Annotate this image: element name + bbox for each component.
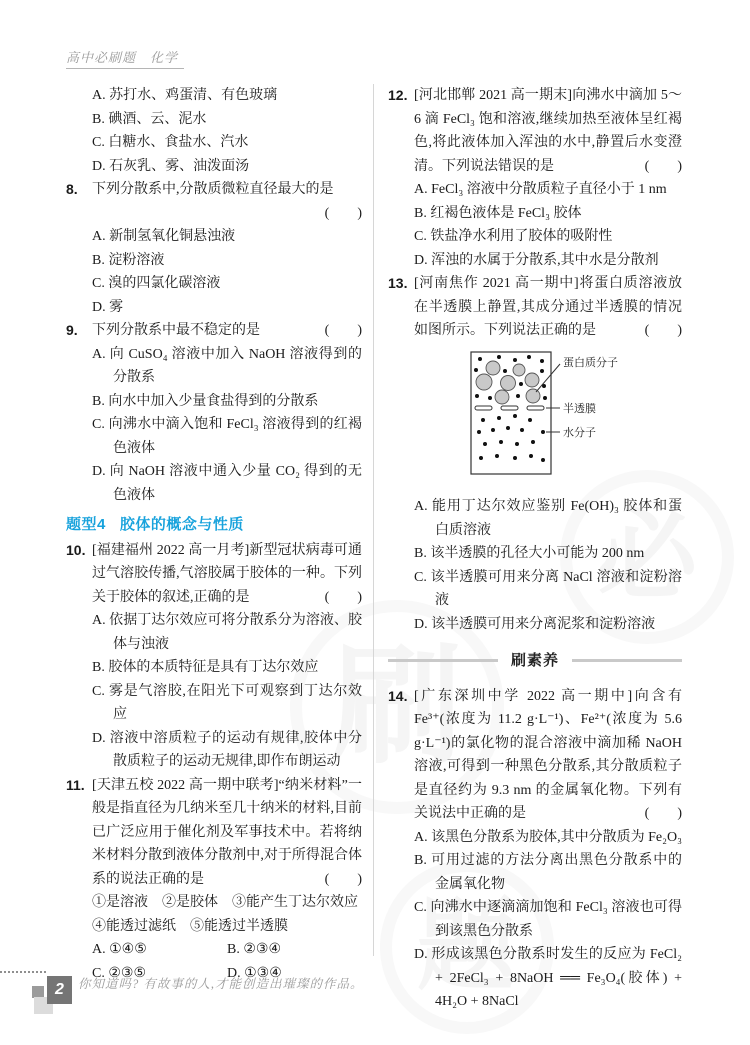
option-d: D. 溶液中溶质粒子的运动有规律,胶体中分散质粒子的运动无规律,即作布朗运动 <box>92 727 362 774</box>
question-number: 13. <box>388 272 407 296</box>
option-a: A. 该黑色分散系为胶体,其中分散质为 Fe₂O₃ <box>414 826 682 850</box>
column-divider <box>373 84 374 956</box>
option-b: B. 淀粉溶液 <box>92 249 362 273</box>
option-a: A. 依据丁达尔效应可将分散系分为溶液、胶体与浊液 <box>92 609 362 656</box>
stem-text: [天津五校 2022 高一期中联考]“纳米材料”一般是指直径为几纳米至几十纳米的… <box>92 778 362 887</box>
question-number: 8. <box>66 178 78 202</box>
footer-dotted-line <box>0 971 46 973</box>
option-b: B. 胶体的本质特征是具有丁达尔效应 <box>92 656 362 680</box>
option-c: C. 白糖水、食盐水、汽水 <box>92 131 362 155</box>
question-stem: [河南焦作 2021 高一期中]将蛋白质溶液放在半透膜上静置,其成分通过半透膜的… <box>414 272 682 343</box>
water-label: 水分子 <box>563 425 596 439</box>
divider-line <box>572 659 682 662</box>
numbered-statements-line2: ④能透过滤纸 ⑤能透过半透膜 <box>92 915 362 939</box>
option-a: A. 新制氢氧化铜悬浊液 <box>92 225 362 249</box>
option-b: B. 该半透膜的孔径大小可能为 200 nm <box>414 542 682 566</box>
running-head: 高中必刷题 化学 <box>66 50 184 69</box>
stem-text: [福建福州 2022 高一月考]新型冠状病毒可通过气溶胶传播,气溶胶属于胶体的一… <box>92 543 362 605</box>
option-d: D. 雾 <box>92 296 362 320</box>
stem-text: [河北邯郸 2021 高一期末]向沸水中滴加 5～6 滴 FeCl₃ 饱和溶液,… <box>414 88 682 174</box>
option-b: B. ②③④ <box>227 938 362 962</box>
question-number: 14. <box>388 685 407 709</box>
question-10: 10. [福建福州 2022 高一月考]新型冠状病毒可通过气溶胶传播,气溶胶属于… <box>66 539 362 774</box>
stem-text: [广东深圳中学 2022 高一期中]向含有 Fe³⁺(浓度为 11.2 g·L⁻… <box>414 689 682 822</box>
section-divider-suyang: 刷素养 <box>388 649 682 673</box>
question-number: 9. <box>66 319 78 343</box>
stem-text: [河南焦作 2021 高一期中]将蛋白质溶液放在半透膜上静置,其成分通过半透膜的… <box>414 276 682 338</box>
question-stem: 下列分散系中,分散质微粒直径最大的是( ) <box>92 178 362 225</box>
stem-text: 下列分散系中,分散质微粒直径最大的是 <box>92 182 334 197</box>
question-stem: [福建福州 2022 高一月考]新型冠状病毒可通过气溶胶传播,气溶胶属于胶体的一… <box>92 539 362 610</box>
option-c: C. 该半透膜可用来分离 NaCl 溶液和淀粉溶液 <box>414 566 682 613</box>
question-11: 11. [天津五校 2022 高一期中联考]“纳米材料”一般是指直径为几纳米至几… <box>66 774 362 986</box>
section-title: 胶体的概念与性质 <box>120 516 244 533</box>
membrane-slits <box>475 406 544 410</box>
page-number: 2 <box>55 978 64 1002</box>
option-b: B. 红褐色液体是 FeCl₃ 胶体 <box>414 202 682 226</box>
option-c: C. 向沸水中逐滴滴加饱和 FeCl₃ 溶液也可得到该黑色分散系 <box>414 896 682 943</box>
option-d: D. 向 NaOH 溶液中通入少量 CO₂ 得到的无色液体 <box>92 460 362 507</box>
membrane-label: 半透膜 <box>563 401 596 415</box>
question-number: 10. <box>66 539 85 563</box>
water-molecules <box>477 414 545 462</box>
left-column: A. 苏打水、鸡蛋清、有色玻璃 B. 碘酒、云、泥水 C. 白糖水、食盐水、汽水… <box>66 84 362 985</box>
option-a: A. 苏打水、鸡蛋清、有色玻璃 <box>92 84 362 108</box>
question-stem: 下列分散系中最不稳定的是( ) <box>92 319 362 343</box>
protein-label: 蛋白质分子 <box>563 355 618 369</box>
option-d: D. 石灰乳、雾、油泼面汤 <box>92 155 362 179</box>
page-number-badge: 2 <box>47 976 72 1004</box>
question-12: 12. [河北邯郸 2021 高一期末]向沸水中滴加 5～6 滴 FeCl₃ 饱… <box>388 84 682 272</box>
option-a: A. 向 CuSO₄ 溶液中加入 NaOH 溶液得到的分散系 <box>92 343 362 390</box>
workbook-page: { "header": { "title": "高中必刷题 化学" }, "wa… <box>0 0 750 1045</box>
question-number: 12. <box>388 84 407 108</box>
question-8: 8. 下列分散系中,分散质微粒直径最大的是( ) A. 新制氢氧化铜悬浊液 B.… <box>66 178 362 319</box>
stem-text: 下列分散系中最不稳定的是 <box>92 323 260 338</box>
answer-bracket: ( ) <box>645 802 682 826</box>
question-13: 13. [河南焦作 2021 高一期中]将蛋白质溶液放在半透膜上静置,其成分通过… <box>388 272 682 636</box>
option-c: C. 溴的四氯化碳溶液 <box>92 272 362 296</box>
answer-bracket: ( ) <box>325 319 362 343</box>
question-9: 9. 下列分散系中最不稳定的是( ) A. 向 CuSO₄ 溶液中加入 NaOH… <box>66 319 362 507</box>
question-7-options: A. 苏打水、鸡蛋清、有色玻璃 B. 碘酒、云、泥水 C. 白糖水、食盐水、汽水… <box>66 84 362 178</box>
option-c: C. 雾是气溶胶,在阳光下可观察到丁达尔效应 <box>92 680 362 727</box>
section-label: 题型4 <box>66 516 106 533</box>
option-d: D. 该半透膜可用来分离泥浆和淀粉溶液 <box>414 613 682 637</box>
question-stem: [广东深圳中学 2022 高一期中]向含有 Fe³⁺(浓度为 11.2 g·L⁻… <box>414 685 682 826</box>
option-a: A. ①④⑤ <box>92 938 227 962</box>
right-column: 12. [河北邯郸 2021 高一期末]向沸水中滴加 5～6 滴 FeCl₃ 饱… <box>388 84 682 1014</box>
divider-line <box>388 659 498 662</box>
option-b: B. 向水中加入少量食盐得到的分散系 <box>92 390 362 414</box>
footer-quote: 你知道吗? 有故事的人,才能创造出璀璨的作品。 <box>78 973 364 997</box>
answer-bracket: ( ) <box>325 868 362 892</box>
answer-bracket: ( ) <box>325 586 362 610</box>
answer-bracket: ( ) <box>645 319 682 343</box>
option-a: A. 能用丁达尔效应鉴别 Fe(OH)₃ 胶体和蛋白质溶液 <box>414 495 682 542</box>
option-d: D. 形成该黑色分散系时发生的反应为 FeCl₂ + 2FeCl₃ + 8NaO… <box>414 943 682 1014</box>
option-c: C. 铁盐净水利用了胶体的吸附性 <box>414 225 682 249</box>
answer-bracket: ( ) <box>645 155 682 179</box>
option-d: D. 浑浊的水属于分散系,其中水是分散剂 <box>414 249 682 273</box>
option-b: B. 碘酒、云、泥水 <box>92 108 362 132</box>
answer-bracket: ( ) <box>325 202 362 226</box>
question-stem: [河北邯郸 2021 高一期末]向沸水中滴加 5～6 滴 FeCl₃ 饱和溶液,… <box>414 84 682 178</box>
divider-label: 刷素养 <box>511 649 559 673</box>
numbered-statements-line1: ①是溶液 ②是胶体 ③能产生丁达尔效应 <box>92 891 362 915</box>
option-a: A. FeCl₃ 溶液中分散质粒子直径小于 1 nm <box>414 178 682 202</box>
section-heading-type4: 题型4胶体的概念与性质 <box>66 513 362 537</box>
membrane-diagram: 蛋白质分子 半透膜 水分子 <box>470 350 695 480</box>
option-b: B. 可用过滤的方法分离出黑色分散系中的金属氧化物 <box>414 849 682 896</box>
question-number: 11. <box>66 774 85 798</box>
option-c: C. 向沸水中滴入饱和 FeCl₃ 溶液得到的红褐色液体 <box>92 413 362 460</box>
protein-molecules <box>476 361 540 404</box>
question-14: 14. [广东深圳中学 2022 高一期中]向含有 Fe³⁺(浓度为 11.2 … <box>388 685 682 1014</box>
question-stem: [天津五校 2022 高一期中联考]“纳米材料”一般是指直径为几纳米至几十纳米的… <box>92 774 362 892</box>
